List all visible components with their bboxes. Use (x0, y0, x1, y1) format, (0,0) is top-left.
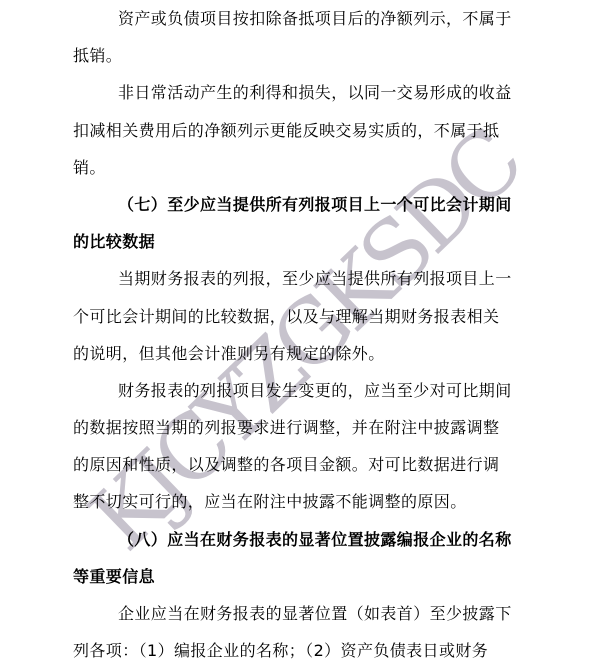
heading-line: 的比较数据 (73, 223, 573, 260)
text-line: 的数据按照当期的列报要求进行调整，并在附注中披露调整 (73, 409, 573, 446)
text-line: 销。 (73, 149, 573, 186)
document-page: KJCYZGKSDC 资产或负债项目按扣除备抵项目后的净额列示，不属于抵销。非日… (0, 0, 599, 665)
heading-line: （七）至少应当提供所有列报项目上一个可比会计期间 (73, 186, 573, 223)
heading-line: （八）应当在财务报表的显著位置披露编报企业的名称 (73, 521, 573, 558)
text-line: 当期财务报表的列报，至少应当提供所有列报项目上一 (73, 260, 573, 297)
text-line: 非日常活动产生的利得和损失，以同一交易形成的收益 (73, 74, 573, 111)
text-line: 抵销。 (73, 37, 573, 74)
text-line: 扣减相关费用后的净额列示更能反映交易实质的，不属于抵 (73, 112, 573, 149)
document-lines: 资产或负债项目按扣除备抵项目后的净额列示，不属于抵销。非日常活动产生的利得和损失… (73, 0, 573, 665)
text-line: 资产或负债项目按扣除备抵项目后的净额列示，不属于 (73, 0, 573, 37)
text-line: 整不切实可行的，应当在附注中披露不能调整的原因。 (73, 483, 573, 520)
text-line: 企业应当在财务报表的显著位置（如表首）至少披露下 (73, 595, 573, 632)
heading-line: 等重要信息 (73, 558, 573, 595)
text-line: 财务报表的列报项目发生变更的，应当至少对可比期间 (73, 372, 573, 409)
text-line: 的说明，但其他会计准则另有规定的除外。 (73, 335, 573, 372)
text-line: 列各项：（1）编报企业的名称；（2）资产负债表日或财务 (73, 632, 573, 665)
text-line: 的原因和性质，以及调整的各项目金额。对可比数据进行调 (73, 446, 573, 483)
text-line: 个可比会计期间的比较数据，以及与理解当期财务报表相关 (73, 298, 573, 335)
